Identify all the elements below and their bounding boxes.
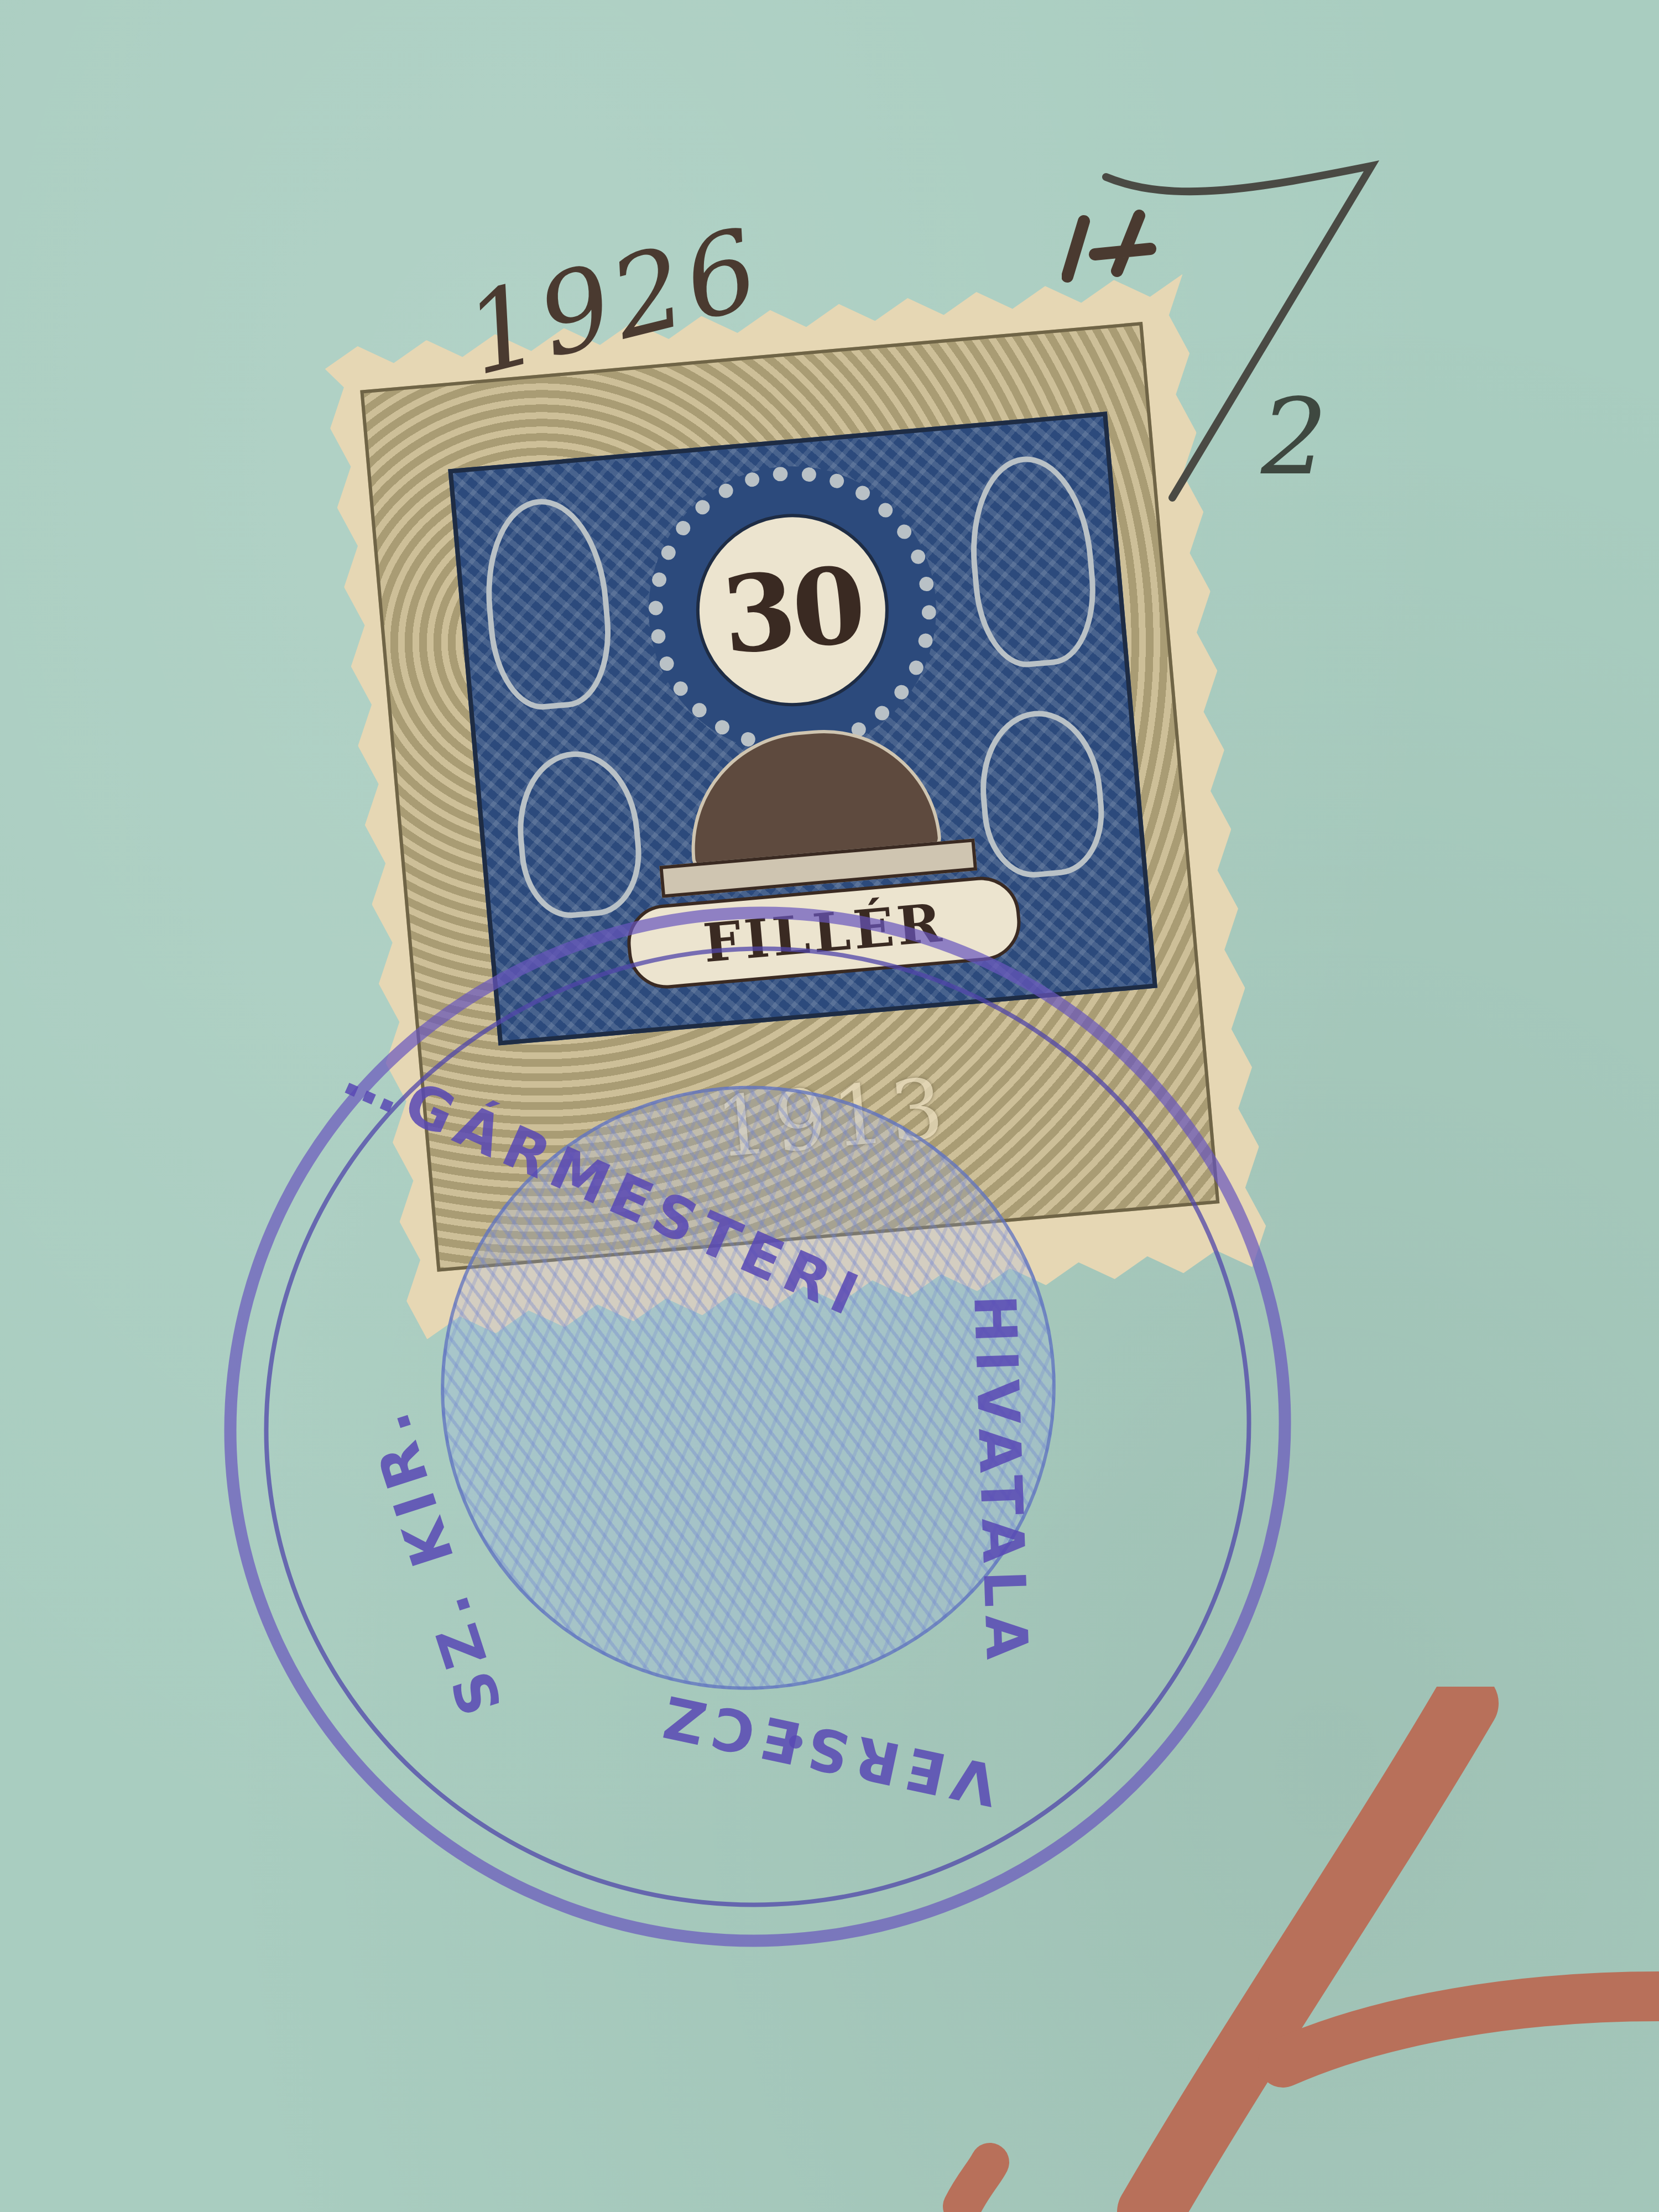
cancellation-text-right: HIVATALA xyxy=(961,1293,1041,1668)
handwritten-fraction-stroke-icon xyxy=(1062,155,1394,509)
value-ring: 30 xyxy=(637,455,948,766)
red-crayon-mark-icon xyxy=(940,1687,1659,2212)
floral-ornament-icon xyxy=(511,746,646,922)
stamp-value: 30 xyxy=(717,542,867,677)
value-disc: 30 xyxy=(688,506,896,714)
handwritten-fraction-bottom: 2 xyxy=(1261,376,1328,498)
floral-ornament-icon xyxy=(974,706,1109,881)
floral-ornament-icon xyxy=(478,494,617,714)
